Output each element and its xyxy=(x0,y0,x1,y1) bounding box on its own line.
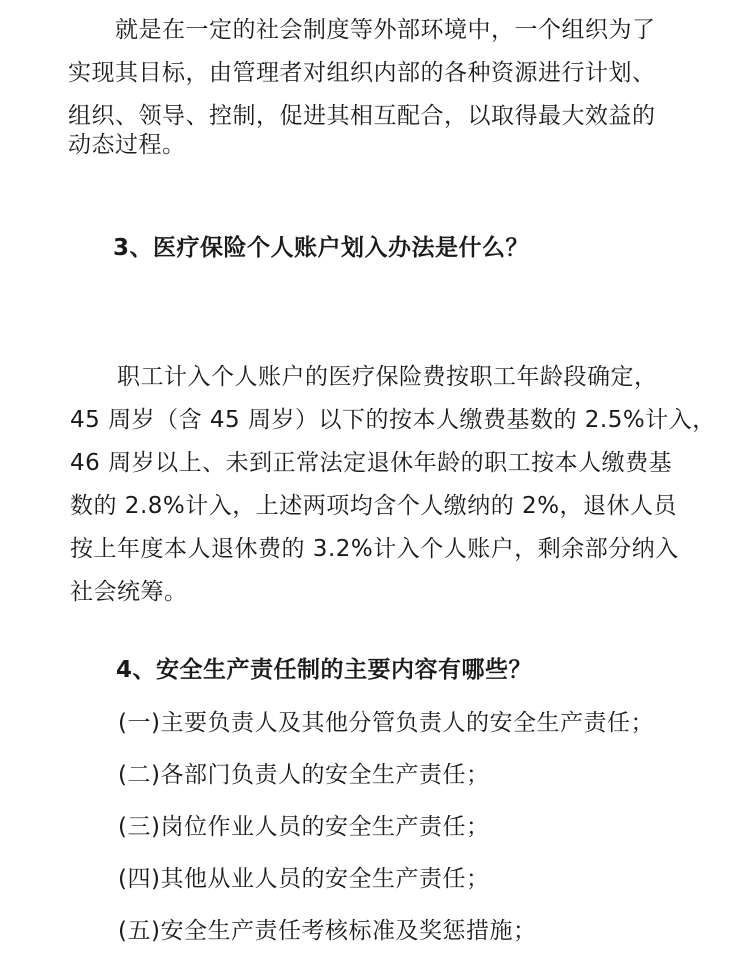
paragraph-line: 实现其目标，由管理者对组织内部的各种资源进行计划、 xyxy=(68,58,656,88)
question-3-heading: 3、医疗保险个人账户划入办法是什么？ xyxy=(113,233,529,263)
paragraph-line: 45 周岁（含 45 周岁）以下的按本人缴费基数的 2.5%计入， xyxy=(70,405,716,435)
paragraph-line: 组织、领导、控制，促进其相互配合，以取得最大效益的 xyxy=(68,101,656,131)
paragraph-line: 46 周岁以上、未到正常法定退休年龄的职工按本人缴费基 xyxy=(70,448,672,478)
paragraph-line: 动态过程。 xyxy=(68,130,186,160)
list-item: (二)各部门负责人的安全生产责任； xyxy=(118,760,489,790)
question-4-heading: 4、安全生产责任制的主要内容有哪些？ xyxy=(116,655,532,685)
list-item: (一)主要负责人及其他分管负责人的安全生产责任； xyxy=(118,708,654,738)
list-item: (五)安全生产责任考核标准及奖惩措施； xyxy=(118,916,536,946)
paragraph-line: 社会统筹。 xyxy=(70,577,188,607)
list-item: (三)岗位作业人员的安全生产责任； xyxy=(118,812,489,842)
paragraph-line: 数的 2.8%计入，上述两项均含个人缴纳的 2%，退休人员 xyxy=(70,491,677,521)
paragraph-line: 就是在一定的社会制度等外部环境中，一个组织为了 xyxy=(115,15,656,45)
list-item: (四)其他从业人员的安全生产责任； xyxy=(118,864,489,894)
paragraph-line: 按上年度本人退休费的 3.2%计入个人账户，剩余部分纳入 xyxy=(70,534,679,564)
paragraph-line: 职工计入个人账户的医疗保险费按职工年龄段确定， xyxy=(117,362,658,392)
